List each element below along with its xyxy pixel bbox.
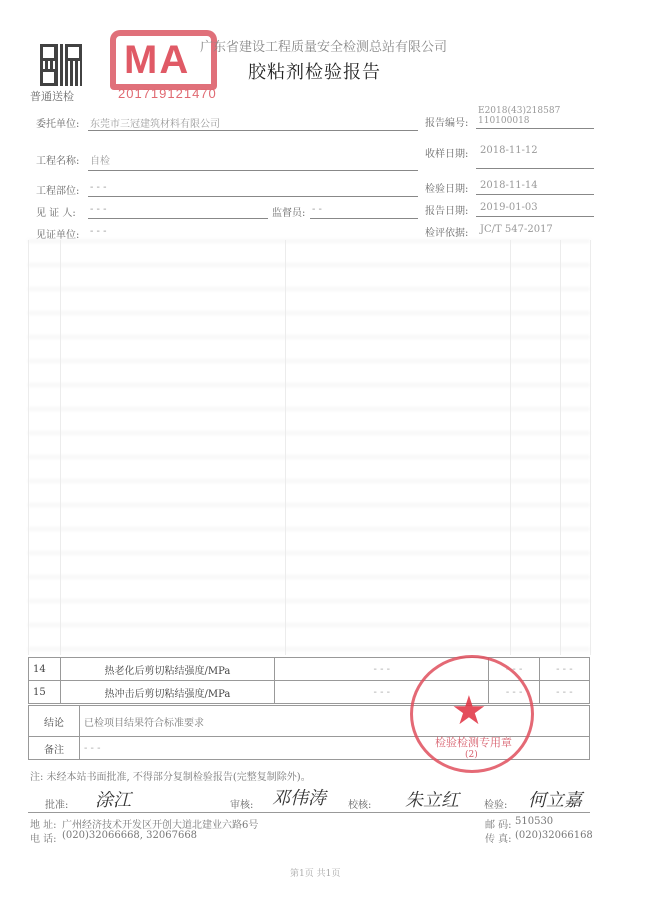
project-part-label: 工程部位: [36, 182, 79, 197]
witness-label: 见 证 人: [36, 204, 76, 219]
witness-unit-label: 见证单位: [36, 226, 79, 241]
check-label: 校核: [348, 796, 371, 811]
report-number-value: E2018(43)218587 [478, 106, 560, 116]
fax-label: 传 真: [485, 830, 512, 845]
remark-label: 备注 [29, 737, 80, 760]
project-name-value: 自检 [90, 152, 110, 167]
row-judgement: - - - [539, 681, 589, 704]
standard-value: JC/T 547-2017 [480, 224, 553, 235]
report-date-label: 报告日期: [425, 202, 468, 217]
report-number-value2: 110100018 [478, 116, 530, 126]
row-number: 14 [29, 658, 61, 681]
inspect-signature: 何立嘉 [528, 786, 582, 812]
row-judgement: - - - [539, 658, 589, 681]
organization-name: 广东省建设工程质量安全检测总站有限公司 [200, 36, 447, 55]
check-signature: 朱立红 [405, 786, 459, 812]
test-date-label: 检验日期: [425, 180, 468, 195]
project-name-label: 工程名称: [36, 152, 79, 167]
report-number-label: 报告编号: [425, 114, 468, 129]
report-date-value: 2019-01-03 [480, 202, 538, 213]
qr-code [40, 44, 82, 86]
address-label: 地 址: [30, 816, 57, 831]
row-item: 热冲击后剪切粘结强度/MPa [60, 681, 274, 704]
approve-label: 批准: [45, 796, 68, 811]
review-signature: 邓伟涛 [272, 784, 326, 810]
witness-unit-value: - - - [90, 226, 107, 237]
client-value: 东莞市三冠建筑材料有限公司 [90, 115, 220, 130]
supervisor-label: 监督员: [272, 204, 305, 219]
project-part-value: - - - [90, 182, 107, 193]
fax-value: (020)32066168 [515, 830, 593, 841]
official-stamp: ★ 检验检测专用章 (2) [410, 655, 534, 773]
approve-signature: 涂江 [95, 786, 131, 812]
test-date-value: 2018-11-14 [480, 180, 538, 191]
row-number: 15 [29, 681, 61, 704]
delivery-type-label: 普通送检 [30, 88, 74, 104]
copy-note: 注: 未经本站书面批准, 不得部分复制检验报告(完整复制除外)。 [30, 768, 311, 783]
star-icon: ★ [451, 688, 487, 734]
inspect-label: 检验: [484, 796, 507, 811]
phone-label: 电 话: [30, 830, 57, 845]
phone-value: (020)32066668, 32067668 [62, 830, 197, 841]
postcode-value: 510530 [515, 816, 553, 827]
row-item: 热老化后剪切粘结强度/MPa [60, 658, 274, 681]
supervisor-value: - - [312, 204, 322, 215]
witness-value: - - - [90, 204, 107, 215]
conclusion-label: 结论 [29, 706, 80, 737]
address-value: 广州经济技术开发区开创大道北建业六路6号 [62, 816, 258, 831]
postcode-label: 邮 码: [485, 816, 512, 831]
report-title: 胶粘剂检验报告 [248, 58, 381, 84]
client-label: 委托单位: [36, 115, 79, 130]
redacted-table-body [28, 240, 590, 655]
cma-number: 201719121470 [118, 86, 217, 101]
sample-date-value: 2018-11-12 [480, 145, 538, 156]
review-label: 审核: [230, 796, 253, 811]
sample-date-label: 收样日期: [425, 145, 468, 160]
standard-label: 检评依据: [425, 224, 468, 239]
page-number: 第1页 共1页 [290, 866, 340, 879]
